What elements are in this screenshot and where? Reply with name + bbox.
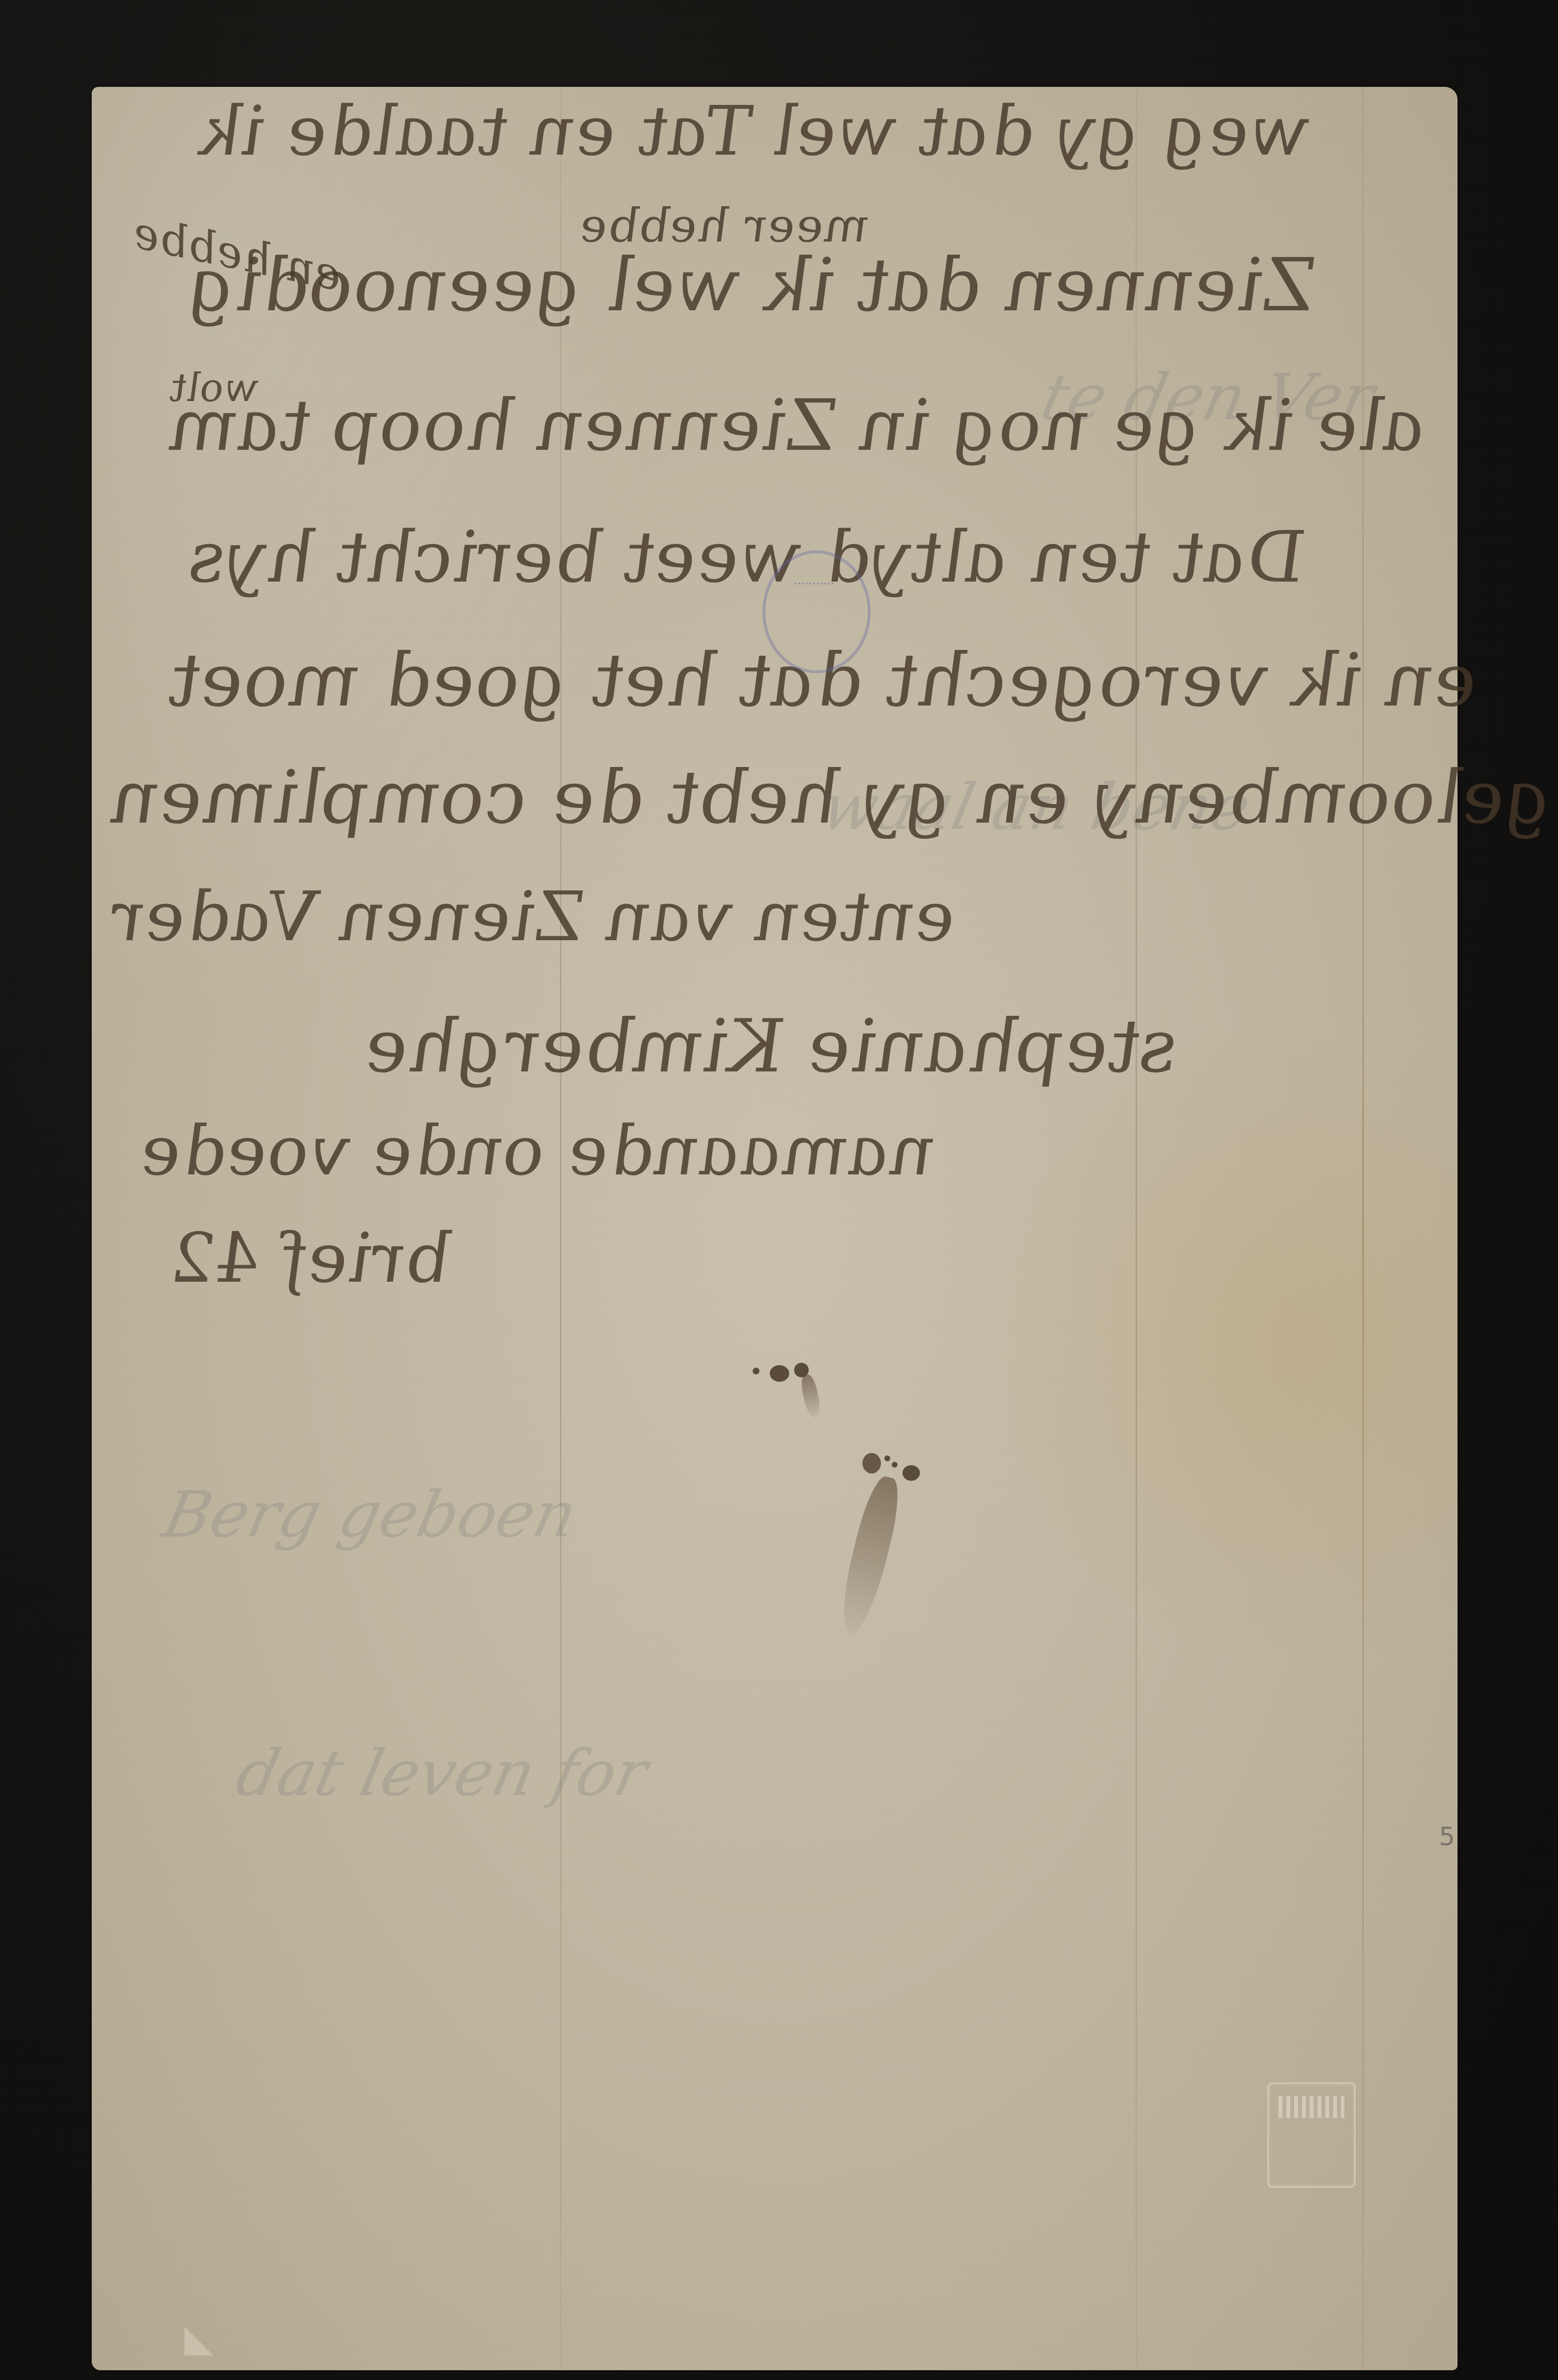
folded-corner (184, 2326, 214, 2356)
ink-smear (799, 1373, 822, 1419)
ghost-text-line: Berg geboen (157, 1477, 583, 1552)
ghost-text-line: dat leven for (230, 1736, 654, 1810)
handwriting-line: weg gy dat wel Tat en taalde ik (186, 92, 1323, 171)
signature-line: namaande onde voede (128, 1111, 948, 1191)
ink-blot (770, 1365, 789, 1382)
stamp-detail (795, 583, 834, 604)
ink-blot (753, 1368, 759, 1374)
signature-line: stephanie Kimberghe (351, 1004, 1192, 1089)
handwriting-line: enten van Zienen Vader (99, 877, 969, 957)
emboss-detail (1278, 2096, 1344, 2118)
ink-blot (902, 1465, 920, 1481)
ink-blot (862, 1453, 881, 1473)
ink-smear (834, 1473, 906, 1638)
ink-blot (892, 1462, 898, 1468)
handwriting-line: me geloombeny en gy hebt de complimen (98, 755, 1558, 840)
handwriting-line: ale ik ge nog in Ziennen hoop tam (157, 384, 1439, 467)
page-number: 5 (1439, 1822, 1455, 1852)
letter-page: te den Ver waal an bene Berg geboen dat … (92, 87, 1458, 2370)
archive-stamp-icon (762, 550, 871, 673)
embossed-mark (1267, 2082, 1356, 2188)
ink-blot (884, 1455, 890, 1461)
handwriting-line: Ziennen dat ik wel geenoodig (176, 243, 1328, 328)
date-line: brief 42 (157, 1219, 463, 1298)
handwriting-line: Dat ten altyd weet bericht hys (176, 516, 1318, 599)
